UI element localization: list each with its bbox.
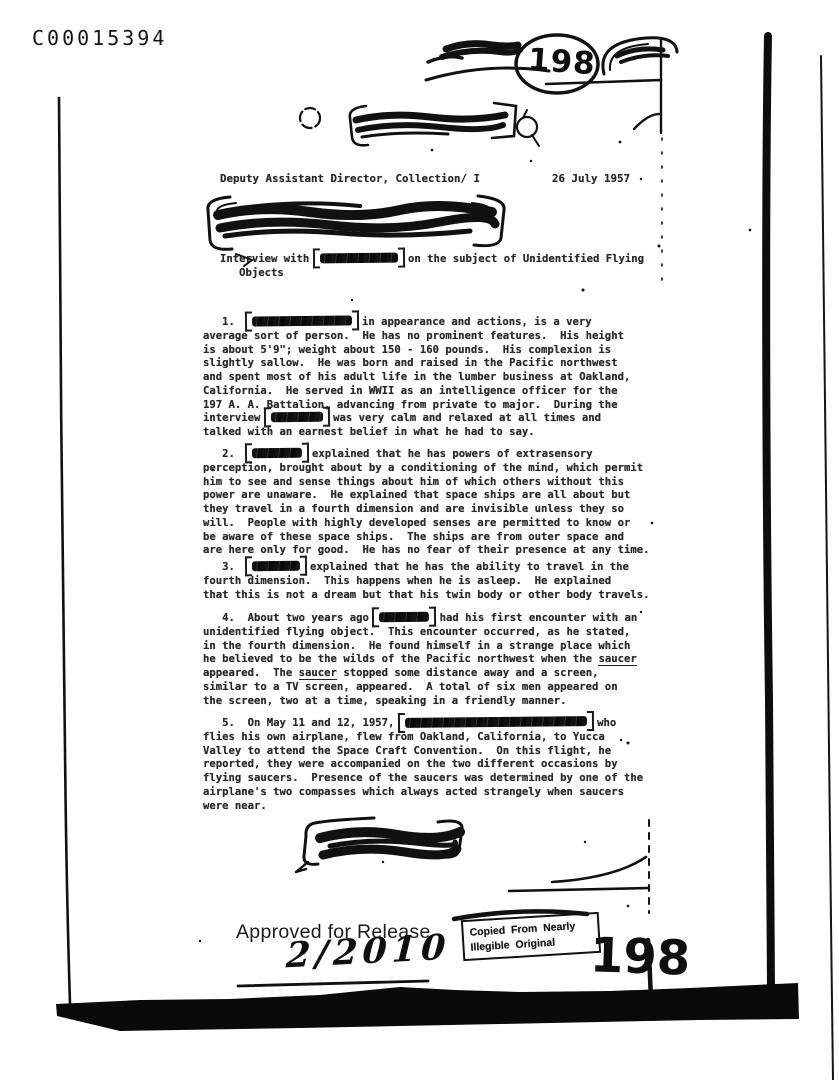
handwritten-page-number-top: 198 [527,42,597,83]
paragraph-2: 2. explained that he has powers of extra… [203,448,677,558]
scan-border-left [59,98,70,1004]
underlined-word: saucer [598,653,636,666]
release-date-handwritten: 2/2010 [285,927,451,977]
header-date: 26 July 1957 [552,172,630,186]
redaction-scribble-inline [271,412,323,423]
illegible-original-stamp: Copied From Nearly Illegible Original [461,912,601,962]
scan-border-bottom [56,983,799,1031]
scan-border-right-thin [821,56,833,1080]
subject-line: Interview with on the subject of Unident… [220,253,680,281]
release-date-underline [238,981,428,986]
handwritten-page-number-bottom: 198 [589,927,691,986]
redaction-scribble-signature [296,818,462,872]
scan-border-right-thick [766,36,771,988]
redaction-scribble-inline [320,253,398,264]
redaction-scribble-inline [252,448,302,459]
paragraph-1: 1. in appearance and actions, is a very … [203,316,677,440]
document-id: C00015394 [32,26,167,50]
scanned-document-page: C00015394 Deputy Assistant Director, Col… [0,0,839,1080]
paragraph-4: 4. About two years ago had his first enc… [203,612,677,708]
paragraph-5: 5. On May 11 and 12, 1957, who flies his… [203,717,677,813]
redaction-scribble-inline [252,315,352,326]
redaction-scribble-inline [252,561,300,572]
redaction-scribble-inline [405,716,587,728]
paragraph-3: 3. explained that he has the ability to … [203,561,677,602]
header-recipient: Deputy Assistant Director, Collection/ I [220,172,480,186]
redaction-scribble-inline [379,612,429,623]
redaction-scribble-upper [300,103,539,146]
underlined-word: saucer [299,667,337,680]
